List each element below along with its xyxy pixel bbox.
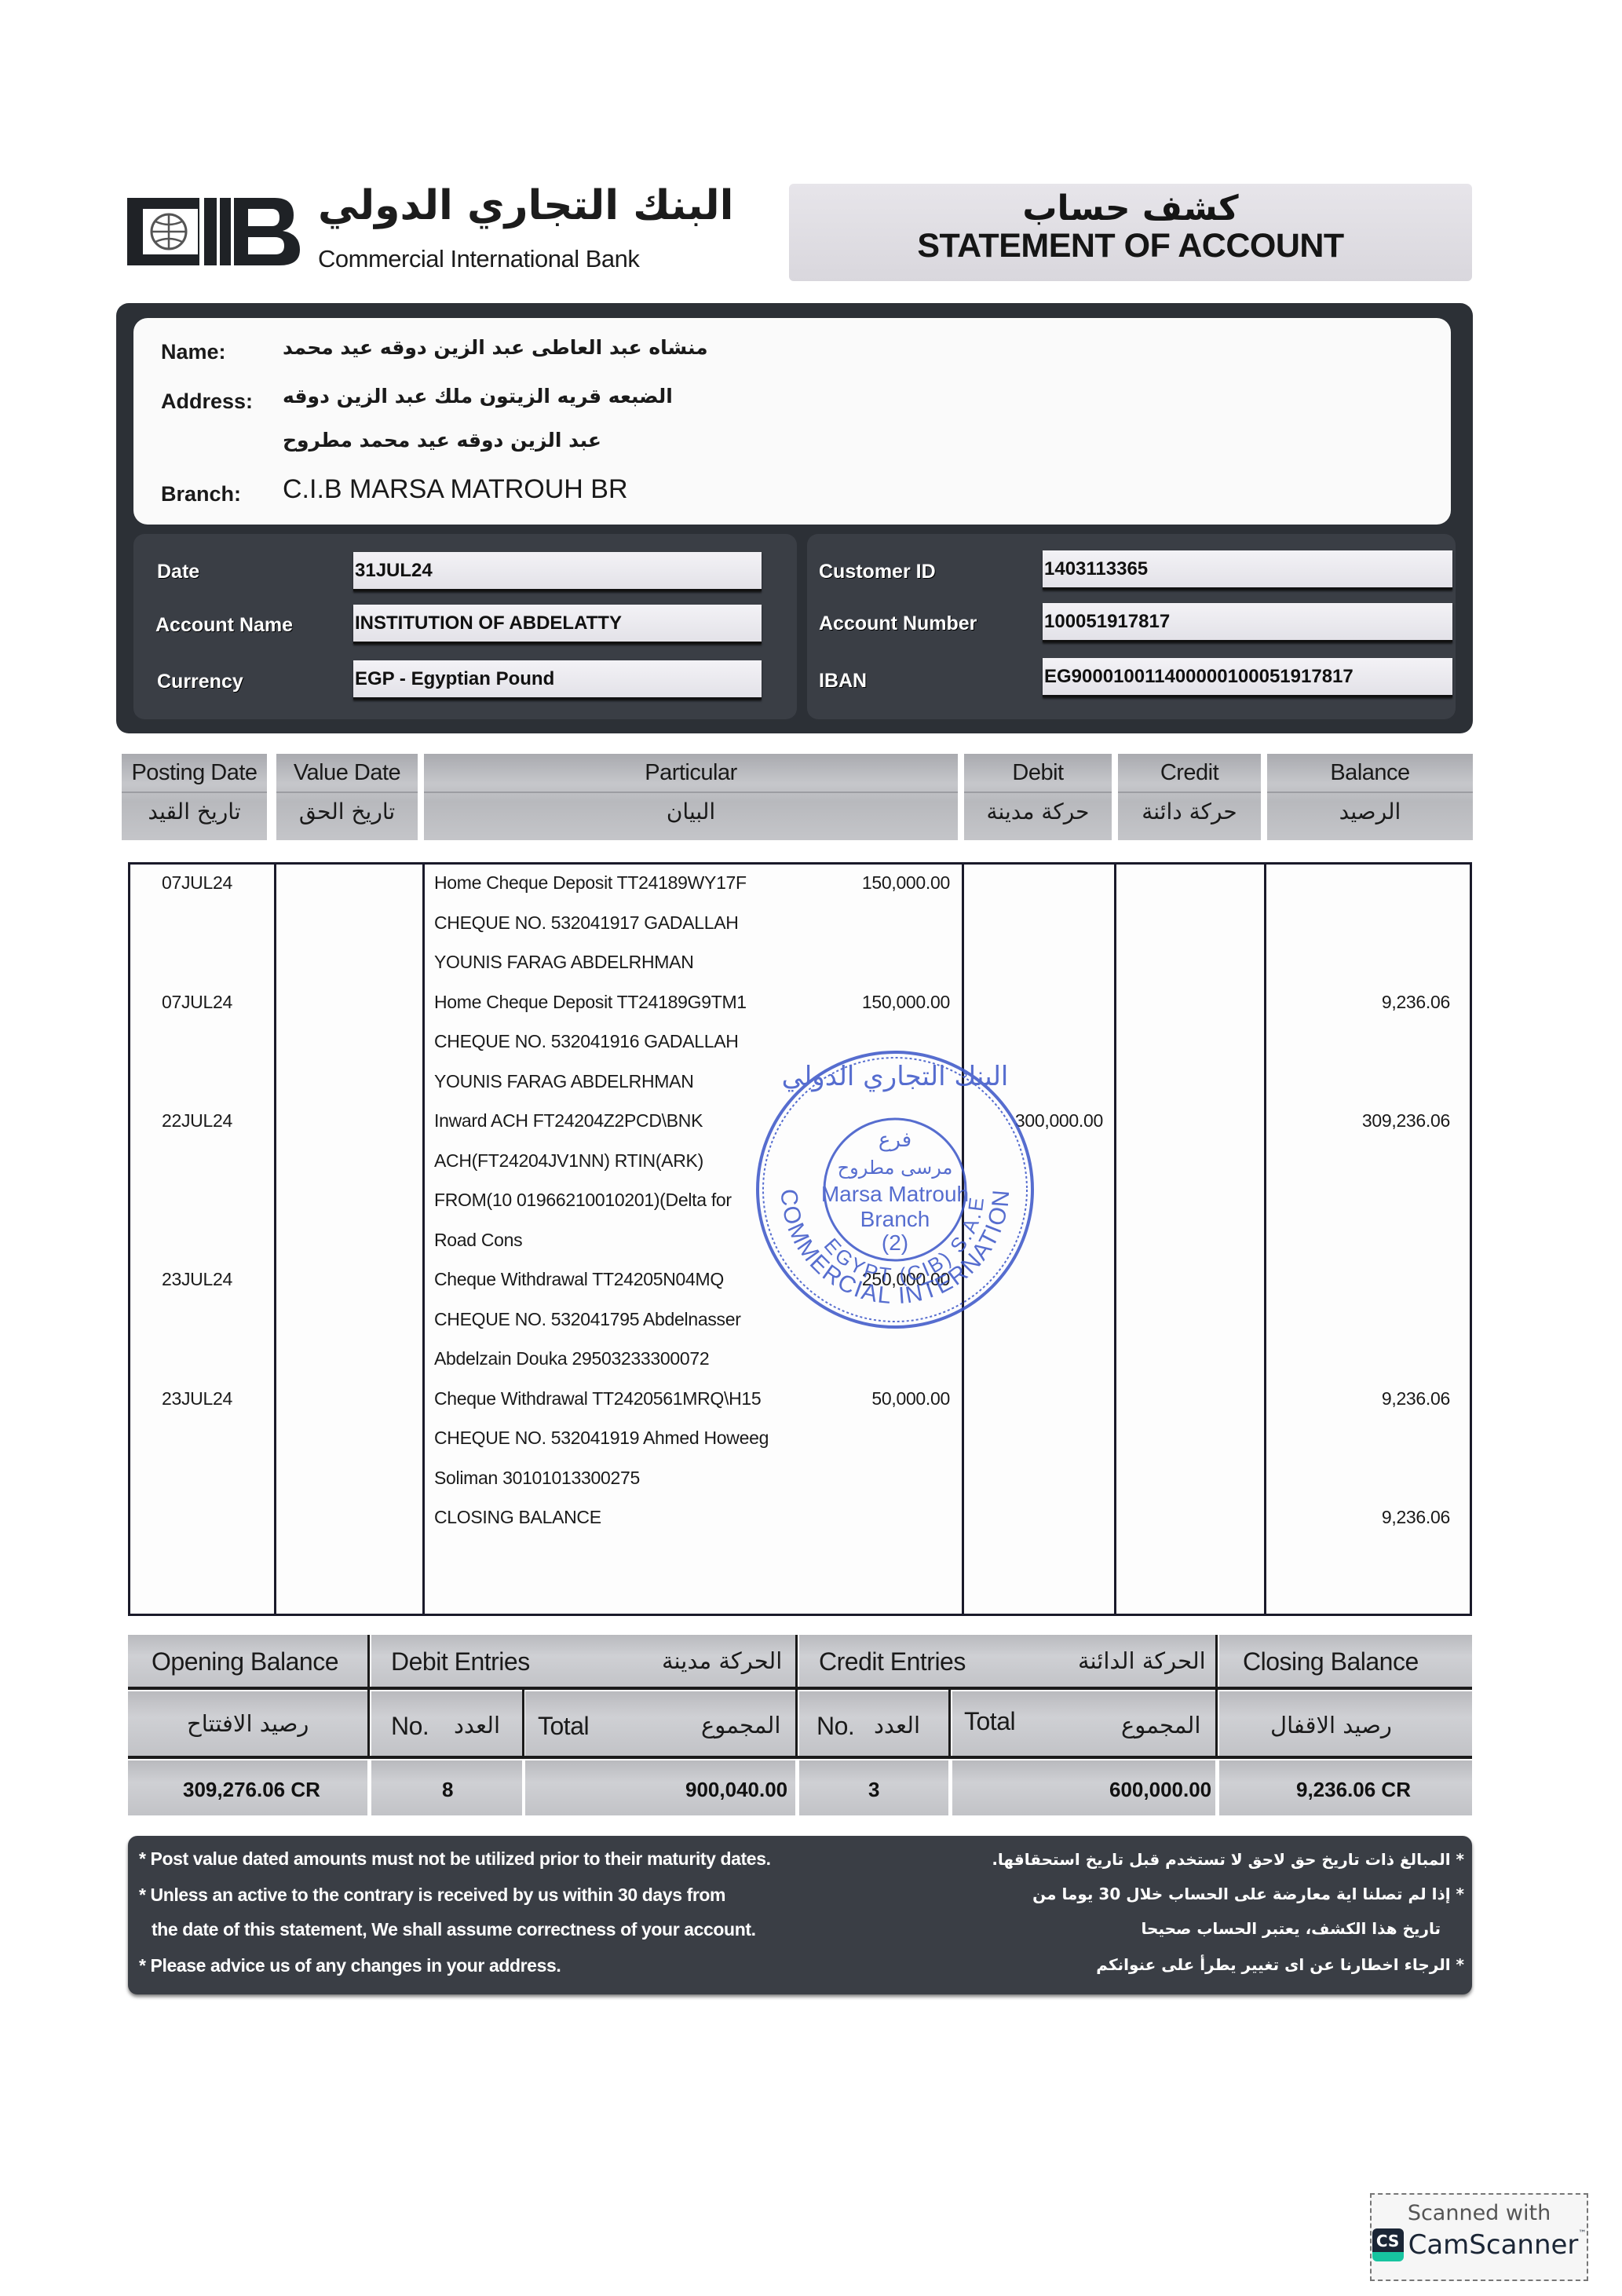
opening-balance-label-ar: رصيد الافتتاح	[187, 1710, 309, 1737]
credit-entries-label: Credit Entries	[819, 1647, 966, 1676]
credit-total-label: Total	[964, 1707, 1015, 1736]
credit-total-value: 600,000.00	[1109, 1778, 1211, 1802]
svg-text:Branch: Branch	[860, 1207, 930, 1231]
debit-total-label-ar: المجموع	[701, 1712, 780, 1738]
credit-count-value: 3	[868, 1778, 879, 1802]
camscanner-icon: CS	[1372, 2228, 1404, 2261]
debit-entries-label: Debit Entries	[391, 1647, 530, 1676]
column-header-value-date: Value Date تاريخ الحق	[276, 754, 418, 840]
particular-line: Home Cheque Deposit TT24189WY17F	[434, 872, 747, 894]
particular-line: Cheque Withdrawal TT2420561MRQ\H15	[434, 1388, 761, 1409]
note-ar-2: * إذا لم تصلنا اية معارضة على الحساب خلا…	[1032, 1885, 1464, 1903]
summary-table: Opening Balance Debit Entries الحركة مدي…	[128, 1635, 1472, 1815]
closing-balance-label: Closing Balance	[1243, 1647, 1419, 1676]
column-header-balance: Balance الرصيد	[1267, 754, 1473, 840]
particular-line: CHEQUE NO. 532041919 Ahmed Howeeg	[434, 1428, 769, 1449]
balance-cell: 309,236.06	[1362, 1110, 1450, 1132]
debit-total-value: 900,040.00	[685, 1778, 787, 1802]
customer-id-label: Customer ID	[819, 561, 936, 583]
disclaimer-notes: * Post value dated amounts must not be u…	[128, 1836, 1472, 1994]
credit-entries-label-ar: الحركة الدائنة	[1078, 1647, 1206, 1674]
account-name-field: INSTITUTION OF ABDELATTY	[353, 605, 762, 644]
debit-cell: 50,000.00	[871, 1388, 950, 1409]
note-en-1: * Post value dated amounts must not be u…	[139, 1848, 771, 1870]
statement-title-box: كشف حساب STATEMENT OF ACCOUNT	[789, 184, 1472, 281]
customer-name: منشاه عبد العاطى عبد الزين دوقه عيد محمد	[283, 336, 708, 359]
particular-line: ACH(FT24204JV1NN) RTIN(ARK)	[434, 1150, 703, 1172]
particular-line: Road Cons	[434, 1230, 522, 1251]
date-field: 31JUL24	[353, 552, 762, 591]
date-label: Date	[157, 561, 199, 583]
customer-id-field: 1403113365	[1043, 550, 1452, 590]
note-en-4: * Please advice us of any changes in you…	[139, 1955, 561, 1976]
balance-cell: 9,236.06	[1382, 992, 1450, 1013]
debit-cell: 150,000.00	[862, 872, 950, 894]
debit-entries-label-ar: الحركة مدينة	[662, 1647, 782, 1674]
column-header-debit: Debit حركة مدينة	[964, 754, 1112, 840]
note-ar-4: * الرجاء اخطارنا عن اى تغيير يطرأ على عن…	[1096, 1955, 1464, 1974]
note-ar-1: * المبالغ ذات تاريخ حق لاحق لا تستخدم قب…	[992, 1850, 1464, 1869]
svg-text:فرع: فرع	[879, 1128, 911, 1152]
iban-label: IBAN	[819, 670, 867, 693]
particular-line: Abdelzain Douka 29503233300072	[434, 1348, 709, 1369]
opening-balance-label: Opening Balance	[152, 1647, 338, 1676]
debit-count-value: 8	[442, 1778, 453, 1802]
particular-line: CHEQUE NO. 532041795 Abdelnasser	[434, 1309, 741, 1330]
particular-line: CHEQUE NO. 532041917 GADALLAH	[434, 912, 739, 934]
svg-text:مرسى مطروح: مرسى مطروح	[838, 1157, 953, 1179]
particular-line: Soliman 30101013300275	[434, 1468, 640, 1489]
svg-text:(2): (2)	[882, 1230, 908, 1255]
column-header-particular: Particular البيان	[424, 754, 958, 840]
particular-line: YOUNIS FARAG ABDELRHMAN	[434, 952, 694, 973]
debit-no-label: No.	[391, 1712, 429, 1741]
cib-logo	[126, 193, 306, 272]
debit-total-label: Total	[538, 1712, 589, 1741]
opening-balance-value: 309,276.06 CR	[183, 1778, 320, 1802]
credit-total-label-ar: المجموع	[1121, 1712, 1200, 1738]
credit-no-label: No.	[816, 1712, 854, 1741]
account-number-field: 100051917817	[1043, 603, 1452, 642]
particular-line: Inward ACH FT24204Z2PCD\BNK	[434, 1110, 703, 1132]
iban-field: EG900010011400000100051917817	[1043, 658, 1452, 697]
particular-line: Cheque Withdrawal TT24205N04MQ	[434, 1269, 724, 1290]
address-label: Address:	[161, 389, 253, 414]
posting-date-cell: 22JUL24	[162, 1110, 232, 1132]
particular-line: CLOSING BALANCE	[434, 1507, 601, 1528]
currency-label: Currency	[157, 671, 243, 693]
bank-name-english: Commercial International Bank	[318, 245, 639, 273]
address-line-1: الضبعه قريه الزيتون ملك عبد الزين دوقه	[283, 385, 673, 408]
debit-no-label-ar: العدد	[454, 1712, 500, 1738]
statement-title: STATEMENT OF ACCOUNT	[789, 227, 1472, 265]
balance-cell: 9,236.06	[1382, 1388, 1450, 1409]
branch-stamp: COMMERCIAL INTERNATIONAL BANK EGYPT (CIB…	[750, 1044, 1040, 1335]
particular-line: FROM(10 01966210010201)(Delta for	[434, 1190, 732, 1211]
particular-line: CHEQUE NO. 532041916 GADALLAH	[434, 1031, 739, 1052]
particular-line: YOUNIS FARAG ABDELRHMAN	[434, 1071, 694, 1092]
account-name-label: Account Name	[155, 614, 293, 637]
balance-cell: 9,236.06	[1382, 1507, 1450, 1528]
column-header-credit: Credit حركة دائنة	[1118, 754, 1261, 840]
posting-date-cell: 07JUL24	[162, 992, 232, 1013]
note-ar-3: تاريخ هذا الكشف، يعتبر الحساب صحيحا	[1142, 1919, 1441, 1938]
credit-no-label-ar: العدد	[874, 1712, 920, 1738]
statement-title-arabic: كشف حساب	[789, 184, 1472, 229]
closing-balance-value: 9,236.06 CR	[1296, 1778, 1411, 1802]
name-label: Name:	[161, 340, 226, 364]
debit-cell: 150,000.00	[862, 992, 950, 1013]
note-en-3: the date of this statement, We shall ass…	[152, 1919, 756, 1940]
scanned-with-text: Scanned with	[1372, 2201, 1587, 2225]
closing-balance-label-ar: رصيد الاقفال	[1270, 1712, 1392, 1738]
column-header-posting-date: Posting Date تاريخ القيد	[122, 754, 267, 840]
particular-line: Home Cheque Deposit TT24189G9TM1	[434, 992, 747, 1013]
camscanner-watermark: Scanned with CS CamScanner™	[1370, 2193, 1588, 2281]
branch-value: C.I.B MARSA MATROUH BR	[283, 474, 628, 505]
currency-field: EGP - Egyptian Pound	[353, 660, 762, 700]
note-en-2: * Unless an active to the contrary is re…	[139, 1885, 725, 1906]
svg-text:البنك التجاري الدولي: البنك التجاري الدولي	[782, 1061, 1009, 1092]
svg-text:Marsa Matrouh: Marsa Matrouh	[821, 1182, 969, 1206]
account-number-label: Account Number	[819, 612, 977, 635]
address-line-2: عبد الزين دوقه عيد محمد مطروح	[283, 429, 601, 452]
posting-date-cell: 23JUL24	[162, 1269, 232, 1290]
bank-name-arabic: البنك التجاري الدولي	[318, 182, 733, 229]
branch-label: Branch:	[161, 482, 241, 506]
camscanner-name: CamScanner™	[1408, 2229, 1587, 2261]
posting-date-cell: 23JUL24	[162, 1388, 232, 1409]
posting-date-cell: 07JUL24	[162, 872, 232, 894]
